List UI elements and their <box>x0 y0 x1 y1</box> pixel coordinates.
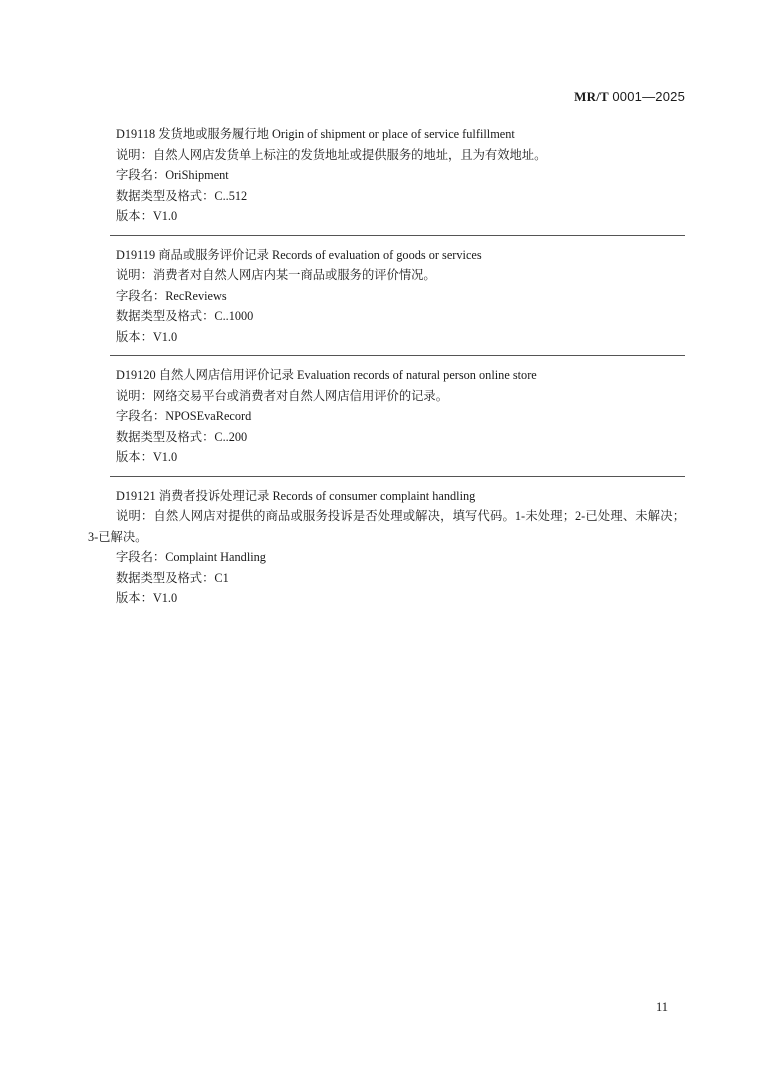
entry-field-name: 字段名：Complaint Handling <box>88 547 685 568</box>
entry-field-name: 字段名：OriShipment <box>88 165 685 186</box>
entry-data-type: 数据类型及格式：C1 <box>88 568 685 589</box>
entry-description: 说明：自然人网店对提供的商品或服务投诉是否处理或解决，填写代码。1-未处理；2-… <box>88 506 685 547</box>
entry-divider <box>110 355 685 356</box>
page-number: 11 <box>656 1000 668 1015</box>
entry-title: D19118 发货地或服务履行地 Origin of shipment or p… <box>88 124 685 145</box>
entry-data-type: 数据类型及格式：C..1000 <box>88 306 685 327</box>
entry-version: 版本：V1.0 <box>88 447 685 468</box>
entry-divider <box>110 235 685 236</box>
entry-title: D19121 消费者投诉处理记录 Records of consumer com… <box>88 486 685 507</box>
entry-version: 版本：V1.0 <box>88 206 685 227</box>
data-element-entry: D19121 消费者投诉处理记录 Records of consumer com… <box>88 486 685 609</box>
entry-divider <box>110 476 685 477</box>
entry-title: D19120 自然人网店信用评价记录 Evaluation records of… <box>88 365 685 386</box>
data-element-list: D19118 发货地或服务履行地 Origin of shipment or p… <box>88 124 685 609</box>
entry-field-name: 字段名：RecReviews <box>88 286 685 307</box>
entry-data-type: 数据类型及格式：C..512 <box>88 186 685 207</box>
entry-description: 说明：网络交易平台或消费者对自然人网店信用评价的记录。 <box>88 386 685 407</box>
entry-title: D19119 商品或服务评价记录 Records of evaluation o… <box>88 245 685 266</box>
data-element-entry: D19120 自然人网店信用评价记录 Evaluation records of… <box>88 365 685 468</box>
standard-code-header: MR/T 0001—2025 <box>574 89 685 105</box>
standard-prefix: MR/T <box>574 89 609 104</box>
entry-version: 版本：V1.0 <box>88 588 685 609</box>
entry-data-type: 数据类型及格式：C..200 <box>88 427 685 448</box>
data-element-entry: D19119 商品或服务评价记录 Records of evaluation o… <box>88 245 685 348</box>
entry-version: 版本：V1.0 <box>88 327 685 348</box>
entry-field-name: 字段名：NPOSEvaRecord <box>88 406 685 427</box>
data-element-entry: D19118 发货地或服务履行地 Origin of shipment or p… <box>88 124 685 227</box>
entry-description: 说明：自然人网店发货单上标注的发货地址或提供服务的地址，且为有效地址。 <box>88 145 685 166</box>
entry-description: 说明：消费者对自然人网店内某一商品或服务的评价情况。 <box>88 265 685 286</box>
standard-number: 0001—2025 <box>612 89 685 104</box>
